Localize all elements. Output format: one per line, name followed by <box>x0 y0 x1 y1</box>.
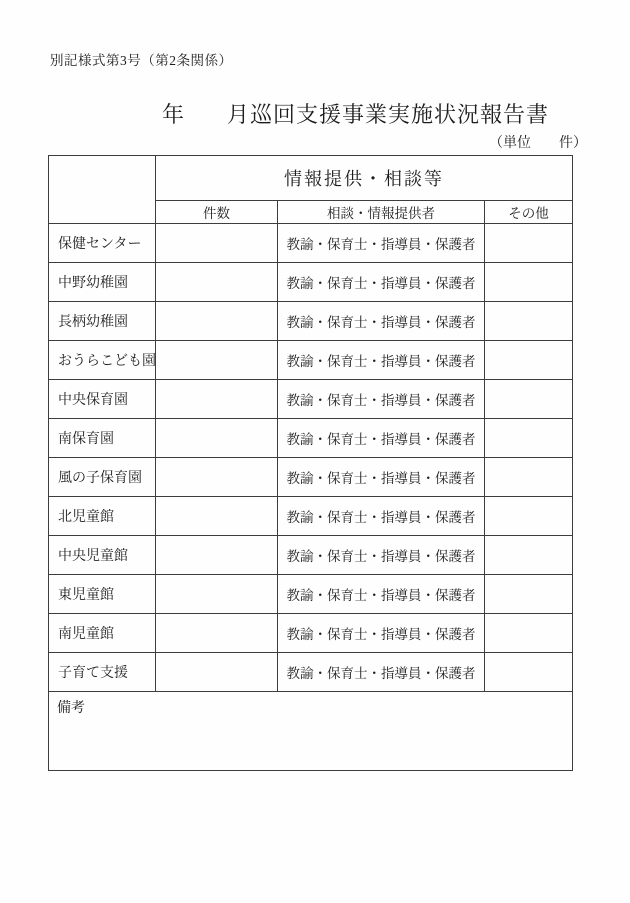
facility-name-cell: 中央保育園 <box>49 380 156 419</box>
other-cell <box>485 263 573 302</box>
count-cell <box>156 458 278 497</box>
facility-rows: 保健センター 教諭・保育士・指導員・保護者 中野幼稚園 教諭・保育士・指導員・保… <box>49 224 573 692</box>
other-cell <box>485 458 573 497</box>
document-title: 年月巡回支援事業実施状況報告書 <box>162 101 549 128</box>
col-header-count: 件数 <box>156 201 278 224</box>
provider-cell: 教諭・保育士・指導員・保護者 <box>278 536 485 575</box>
provider-cell: 教諭・保育士・指導員・保護者 <box>278 575 485 614</box>
report-table: 情報提供・相談等 件数 相談・情報提供者 その他 保健センター 教諭・保育士・指… <box>48 155 573 771</box>
table-row: 風の子保育園 教諭・保育士・指導員・保護者 <box>49 458 573 497</box>
table-row: 中野幼稚園 教諭・保育士・指導員・保護者 <box>49 263 573 302</box>
count-cell <box>156 614 278 653</box>
other-cell <box>485 224 573 263</box>
other-cell <box>485 380 573 419</box>
count-cell <box>156 341 278 380</box>
count-cell <box>156 263 278 302</box>
other-cell <box>485 536 573 575</box>
table-row: 南児童館 教諭・保育士・指導員・保護者 <box>49 614 573 653</box>
facility-name-cell: 北児童館 <box>49 497 156 536</box>
count-cell <box>156 224 278 263</box>
count-cell <box>156 575 278 614</box>
provider-cell: 教諭・保育士・指導員・保護者 <box>278 302 485 341</box>
provider-cell: 教諭・保育士・指導員・保護者 <box>278 458 485 497</box>
count-cell <box>156 497 278 536</box>
provider-cell: 教諭・保育士・指導員・保護者 <box>278 380 485 419</box>
facility-name-cell: 中野幼稚園 <box>49 263 156 302</box>
other-cell <box>485 497 573 536</box>
unit-note: （単位 件） <box>489 132 587 152</box>
table-row: 中央保育園 教諭・保育士・指導員・保護者 <box>49 380 573 419</box>
table-row: 子育て支援 教諭・保育士・指導員・保護者 <box>49 653 573 692</box>
count-cell <box>156 302 278 341</box>
count-cell <box>156 536 278 575</box>
facility-name-cell: 中央児童館 <box>49 536 156 575</box>
provider-cell: 教諭・保育士・指導員・保護者 <box>278 341 485 380</box>
other-cell <box>485 341 573 380</box>
provider-cell: 教諭・保育士・指導員・保護者 <box>278 614 485 653</box>
facility-name-cell: 保健センター <box>49 224 156 263</box>
other-cell <box>485 419 573 458</box>
other-cell <box>485 575 573 614</box>
facility-name-cell: 子育て支援 <box>49 653 156 692</box>
count-cell <box>156 380 278 419</box>
other-cell <box>485 653 573 692</box>
table-row: 保健センター 教諭・保育士・指導員・保護者 <box>49 224 573 263</box>
col-header-other: その他 <box>485 201 573 224</box>
table-row: 南保育園 教諭・保育士・指導員・保護者 <box>49 419 573 458</box>
title-main: 月巡回支援事業実施状況報告書 <box>227 102 549 127</box>
provider-cell: 教諭・保育士・指導員・保護者 <box>278 263 485 302</box>
provider-cell: 教諭・保育士・指導員・保護者 <box>278 653 485 692</box>
table-row: おうらこども園 教諭・保育士・指導員・保護者 <box>49 341 573 380</box>
remarks-label: 備考 <box>57 701 85 716</box>
table-row: 中央児童館 教諭・保育士・指導員・保護者 <box>49 536 573 575</box>
count-cell <box>156 419 278 458</box>
document-page: 別記様式第3号（第2条関係） 年月巡回支援事業実施状況報告書 （単位 件） 情報… <box>0 0 630 903</box>
facility-name-cell: 風の子保育園 <box>49 458 156 497</box>
facility-name-cell: 東児童館 <box>49 575 156 614</box>
corner-blank-cell <box>49 156 156 224</box>
group-header: 情報提供・相談等 <box>156 156 573 201</box>
facility-name-cell: 長柄幼稚園 <box>49 302 156 341</box>
other-cell <box>485 302 573 341</box>
provider-cell: 教諭・保育士・指導員・保護者 <box>278 497 485 536</box>
table-row: 東児童館 教諭・保育士・指導員・保護者 <box>49 575 573 614</box>
title-year-label: 年 <box>162 102 185 127</box>
provider-cell: 教諭・保育士・指導員・保護者 <box>278 224 485 263</box>
provider-cell: 教諭・保育士・指導員・保護者 <box>278 419 485 458</box>
facility-name-cell: 南児童館 <box>49 614 156 653</box>
table-row: 長柄幼稚園 教諭・保育士・指導員・保護者 <box>49 302 573 341</box>
facility-name-cell: 南保育園 <box>49 419 156 458</box>
other-cell <box>485 614 573 653</box>
count-cell <box>156 653 278 692</box>
form-number: 別記様式第3号（第2条関係） <box>50 49 233 69</box>
col-header-provider: 相談・情報提供者 <box>278 201 485 224</box>
facility-name-cell: おうらこども園 <box>49 341 156 380</box>
table-row: 北児童館 教諭・保育士・指導員・保護者 <box>49 497 573 536</box>
remarks-cell: 備考 <box>49 692 573 771</box>
